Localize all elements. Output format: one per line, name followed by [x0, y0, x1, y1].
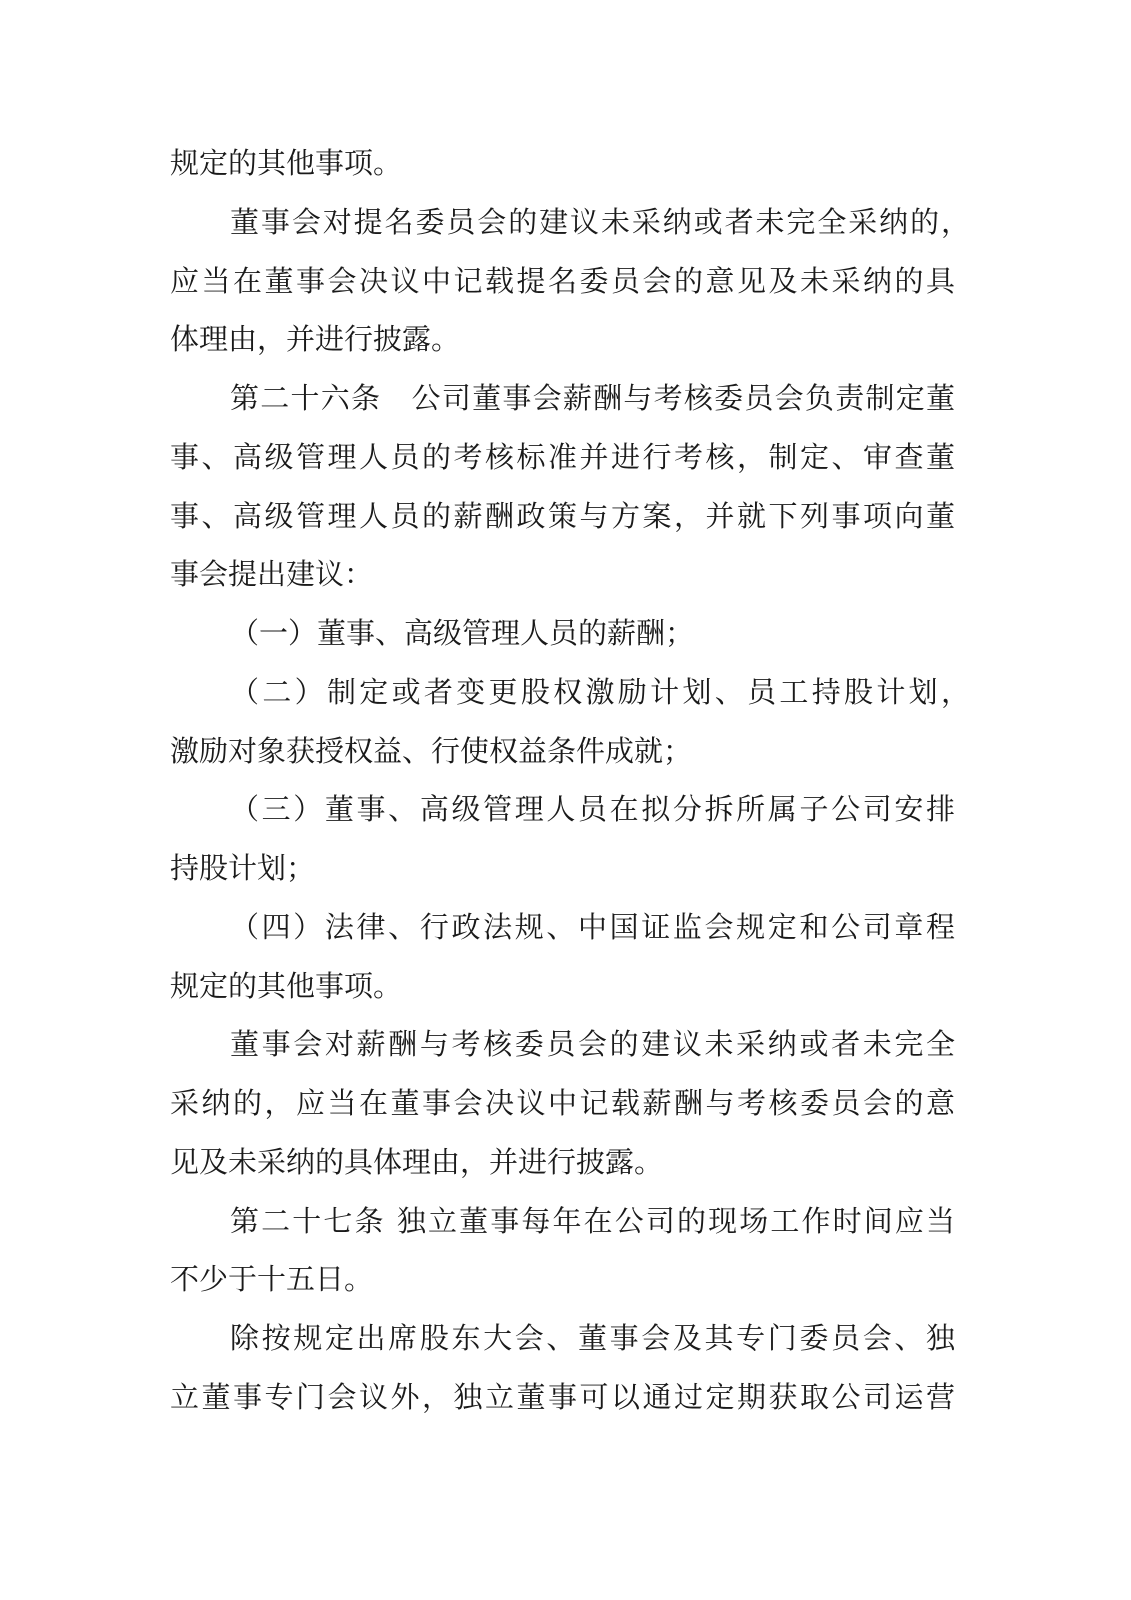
- article-26-heading-line: 第二十六条 公司董事会薪酬与考核委员会负责制定董: [230, 378, 955, 418]
- list-item-1: （一）董事、高级管理人员的薪酬；: [230, 613, 955, 653]
- text-line: 不少于十五日。: [170, 1259, 955, 1299]
- text-line: 事、高级管理人员的薪酬政策与方案，并就下列事项向董: [170, 496, 955, 536]
- text-line: 见及未采纳的具体理由，并进行披露。: [170, 1142, 955, 1182]
- text-line: 董事会对薪酬与考核委员会的建议未采纳或者未完全: [230, 1024, 955, 1064]
- text-line: 立董事专门会议外，独立董事可以通过定期获取公司运营: [170, 1377, 955, 1417]
- text-line: 采纳的，应当在董事会决议中记载薪酬与考核委员会的意: [170, 1083, 955, 1123]
- list-item-2: （二）制定或者变更股权激励计划、员工持股计划，: [230, 672, 970, 712]
- text-line: 除按规定出席股东大会、董事会及其专门委员会、独: [230, 1318, 955, 1358]
- text-line: 应当在董事会决议中记载提名委员会的意见及未采纳的具: [170, 261, 955, 301]
- text-line: 事会提出建议：: [170, 554, 955, 594]
- list-item-3: （三）董事、高级管理人员在拟分拆所属子公司安排: [230, 789, 955, 829]
- article-27-heading-line: 第二十七条 独立董事每年在公司的现场工作时间应当: [230, 1201, 955, 1241]
- text-line: 规定的其他事项。: [170, 143, 955, 183]
- list-item-4: （四）法律、行政法规、中国证监会规定和公司章程: [230, 907, 955, 947]
- text-line: 持股计划；: [170, 848, 955, 888]
- text-line: 董事会对提名委员会的建议未采纳或者未完全采纳的，: [230, 202, 970, 242]
- text-line: 事、高级管理人员的考核标准并进行考核，制定、审查董: [170, 437, 955, 477]
- document-page: 规定的其他事项。 董事会对提名委员会的建议未采纳或者未完全采纳的， 应当在董事会…: [0, 0, 1131, 1600]
- text-line: 规定的其他事项。: [170, 966, 955, 1006]
- text-line: 激励对象获授权益、行使权益条件成就；: [170, 731, 955, 771]
- text-line: 体理由，并进行披露。: [170, 319, 955, 359]
